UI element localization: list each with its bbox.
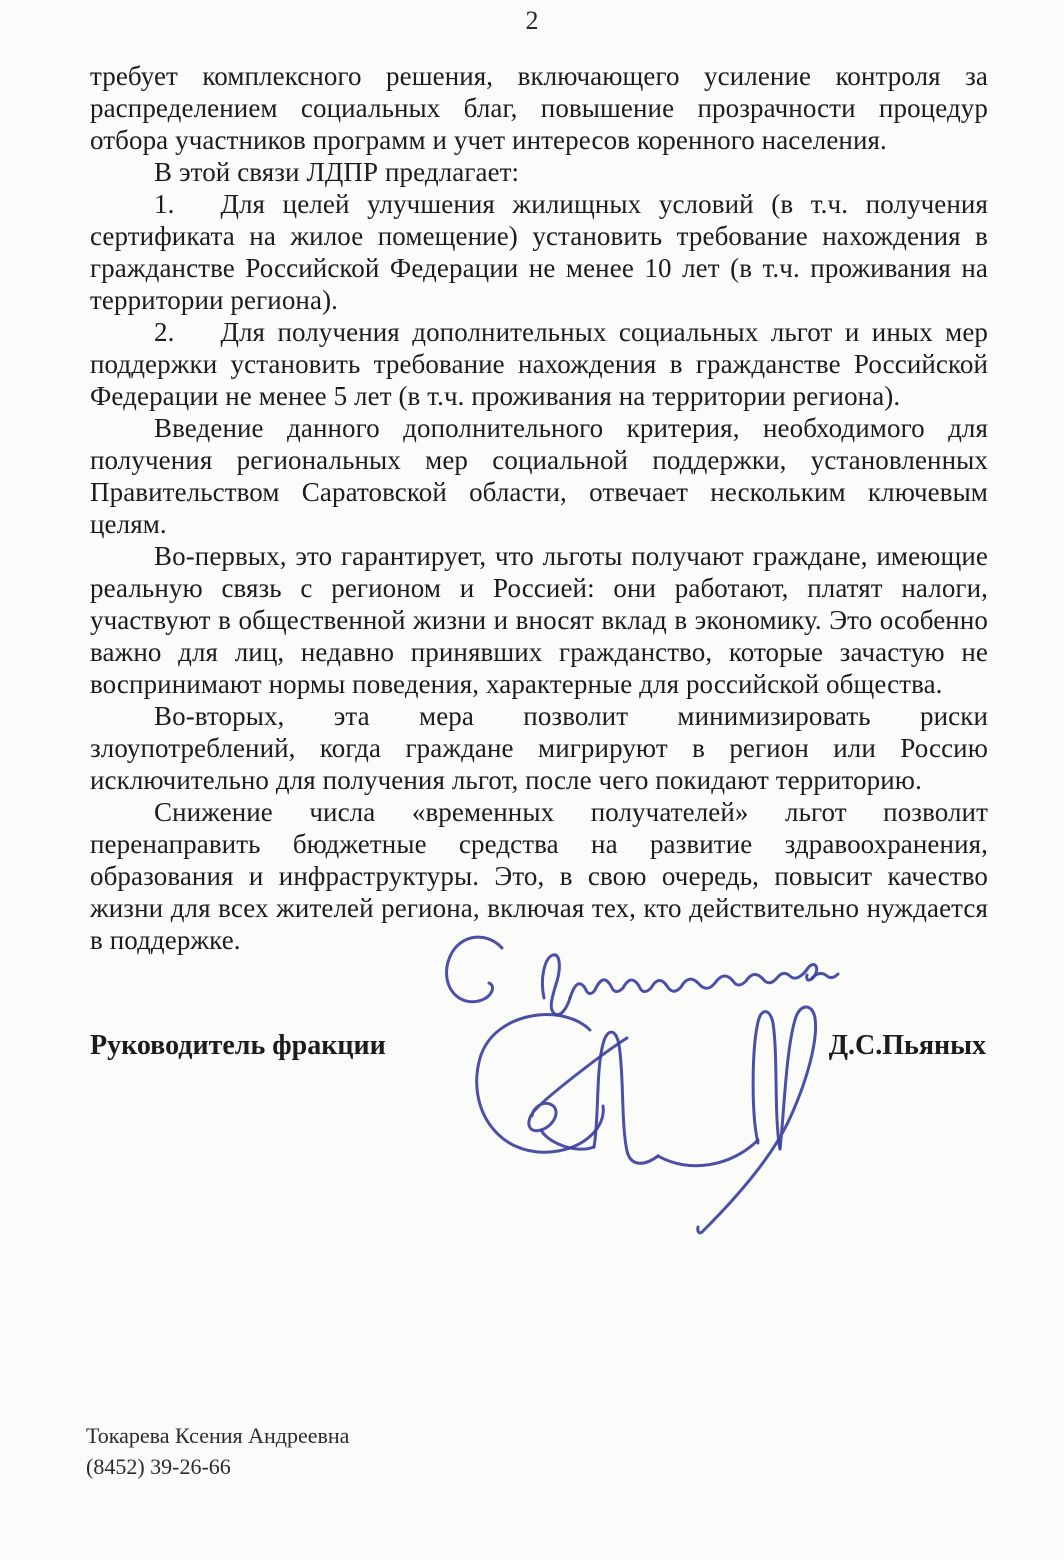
paragraph: Во-вторых, эта мера позволит минимизиров… [90,700,988,796]
page-number: 2 [0,6,1064,36]
paragraph-text: Во-вторых, эта мера позволит минимизиров… [90,701,988,795]
paragraph-text: Во-первых, это гарантирует, что льготы п… [90,541,988,699]
signature-flourish-path [658,1140,758,1166]
paragraph: требует комплексного решения, включающег… [90,60,988,156]
paragraph-text: требует комплексного решения, включающег… [90,61,988,155]
paragraph-text: Для целей улучшения жилищных условий (в … [90,189,988,315]
paragraph-text: Введение данного дополнительного критери… [90,413,988,539]
signature-greeting-path [812,973,838,978]
document-page: 2 требует комплексного решения, включающ… [0,0,1064,1560]
paragraph-number: 1. [154,189,174,219]
signature-row: Руководитель фракции Д.С.Пьяных [90,1030,986,1062]
signatory-name: Д.С.Пьяных [829,1030,986,1062]
paragraph: В этой связи ЛДПР предлагает: [90,156,988,188]
signature-greeting-path [542,955,570,1015]
signature-greeting-path [447,937,502,1002]
signature-handwriting-image [428,918,868,1258]
footer-contact: Токарева Ксения Андреевна (8452) 39-26-6… [86,1420,349,1482]
contact-name: Токарева Ксения Андреевна [86,1420,349,1451]
paragraph: Во-первых, это гарантирует, что льготы п… [90,540,988,700]
paragraph-text: В этой связи ЛДПР предлагает: [154,157,519,187]
document-body: требует комплексного решения, включающег… [90,60,988,956]
signatory-position: Руководитель фракции [90,1030,386,1062]
paragraph: 2.Для получения дополнительных социальны… [90,316,988,412]
paragraph: Введение данного дополнительного критери… [90,412,988,540]
signature-greeting-path [570,965,817,998]
paragraph-number: 2. [154,317,174,347]
paragraph-text: Для получения дополнительных социальных … [90,317,988,411]
contact-phone: (8452) 39-26-66 [86,1451,349,1482]
paragraph: 1.Для целей улучшения жилищных условий (… [90,188,988,316]
